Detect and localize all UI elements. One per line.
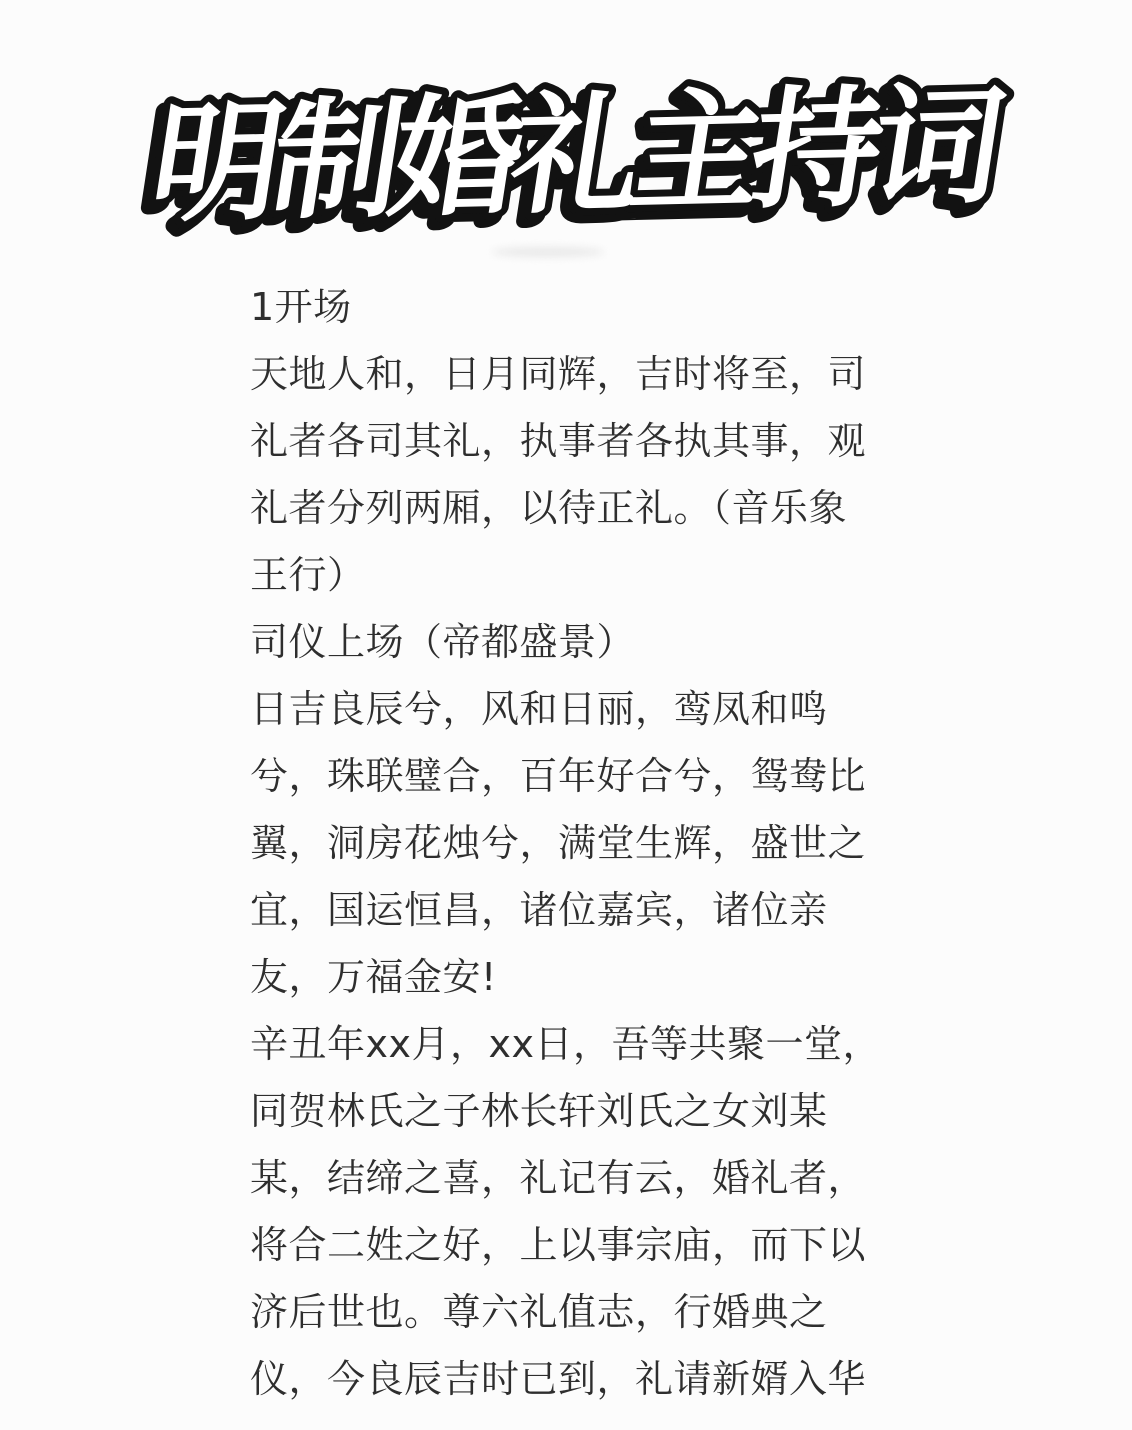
script-line: 礼者分列两厢，以待正礼。（音乐象 (250, 475, 910, 542)
script-line-section-heading: 1开场 (250, 274, 910, 341)
document-page: 明制婚礼主持词 明制婚礼主持词 1开场 天地人和，日月同辉，吉时将至，司 礼者各… (0, 0, 1132, 1430)
script-line: 天地人和，日月同辉，吉时将至，司 (250, 341, 910, 408)
script-line: 辛丑年xx月，xx日，吾等共聚一堂， (250, 1011, 910, 1078)
script-body: 1开场 天地人和，日月同辉，吉时将至，司 礼者各司其礼，执事者各执其事，观 礼者… (250, 274, 910, 1413)
script-line: 礼者各司其礼，执事者各执其事，观 (250, 408, 910, 475)
script-line: 同贺林氏之子林长轩刘氏之女刘某 (250, 1078, 910, 1145)
script-line: 翼，洞房花烛兮，满堂生辉，盛世之 (250, 810, 910, 877)
script-line: 日吉良辰兮，风和日丽，鸾凤和鸣 (250, 676, 910, 743)
script-line: 友，万福金安! (250, 944, 910, 1011)
background-smudge-artifact (492, 247, 604, 257)
script-line: 将合二姓之好，上以事宗庙，而下以 (250, 1212, 910, 1279)
script-line: 某，结缔之喜，礼记有云，婚礼者， (250, 1145, 910, 1212)
script-line: 王行） (250, 542, 910, 609)
script-line: 宜，国运恒昌，诸位嘉宾，诸位亲 (250, 877, 910, 944)
script-line: 济后世也。尊六礼值志，行婚典之 (250, 1279, 910, 1346)
script-line: 仪，今良辰吉时已到，礼请新婿入华 (250, 1346, 910, 1413)
page-title: 明制婚礼主持词 明制婚礼主持词 (0, 0, 1132, 280)
script-line: 兮，珠联璧合，百年好合兮，鸳鸯比 (250, 743, 910, 810)
script-line-stage-direction: 司仪上场（帝都盛景） (250, 609, 910, 676)
title-text: 明制婚礼主持词 (141, 69, 1011, 241)
